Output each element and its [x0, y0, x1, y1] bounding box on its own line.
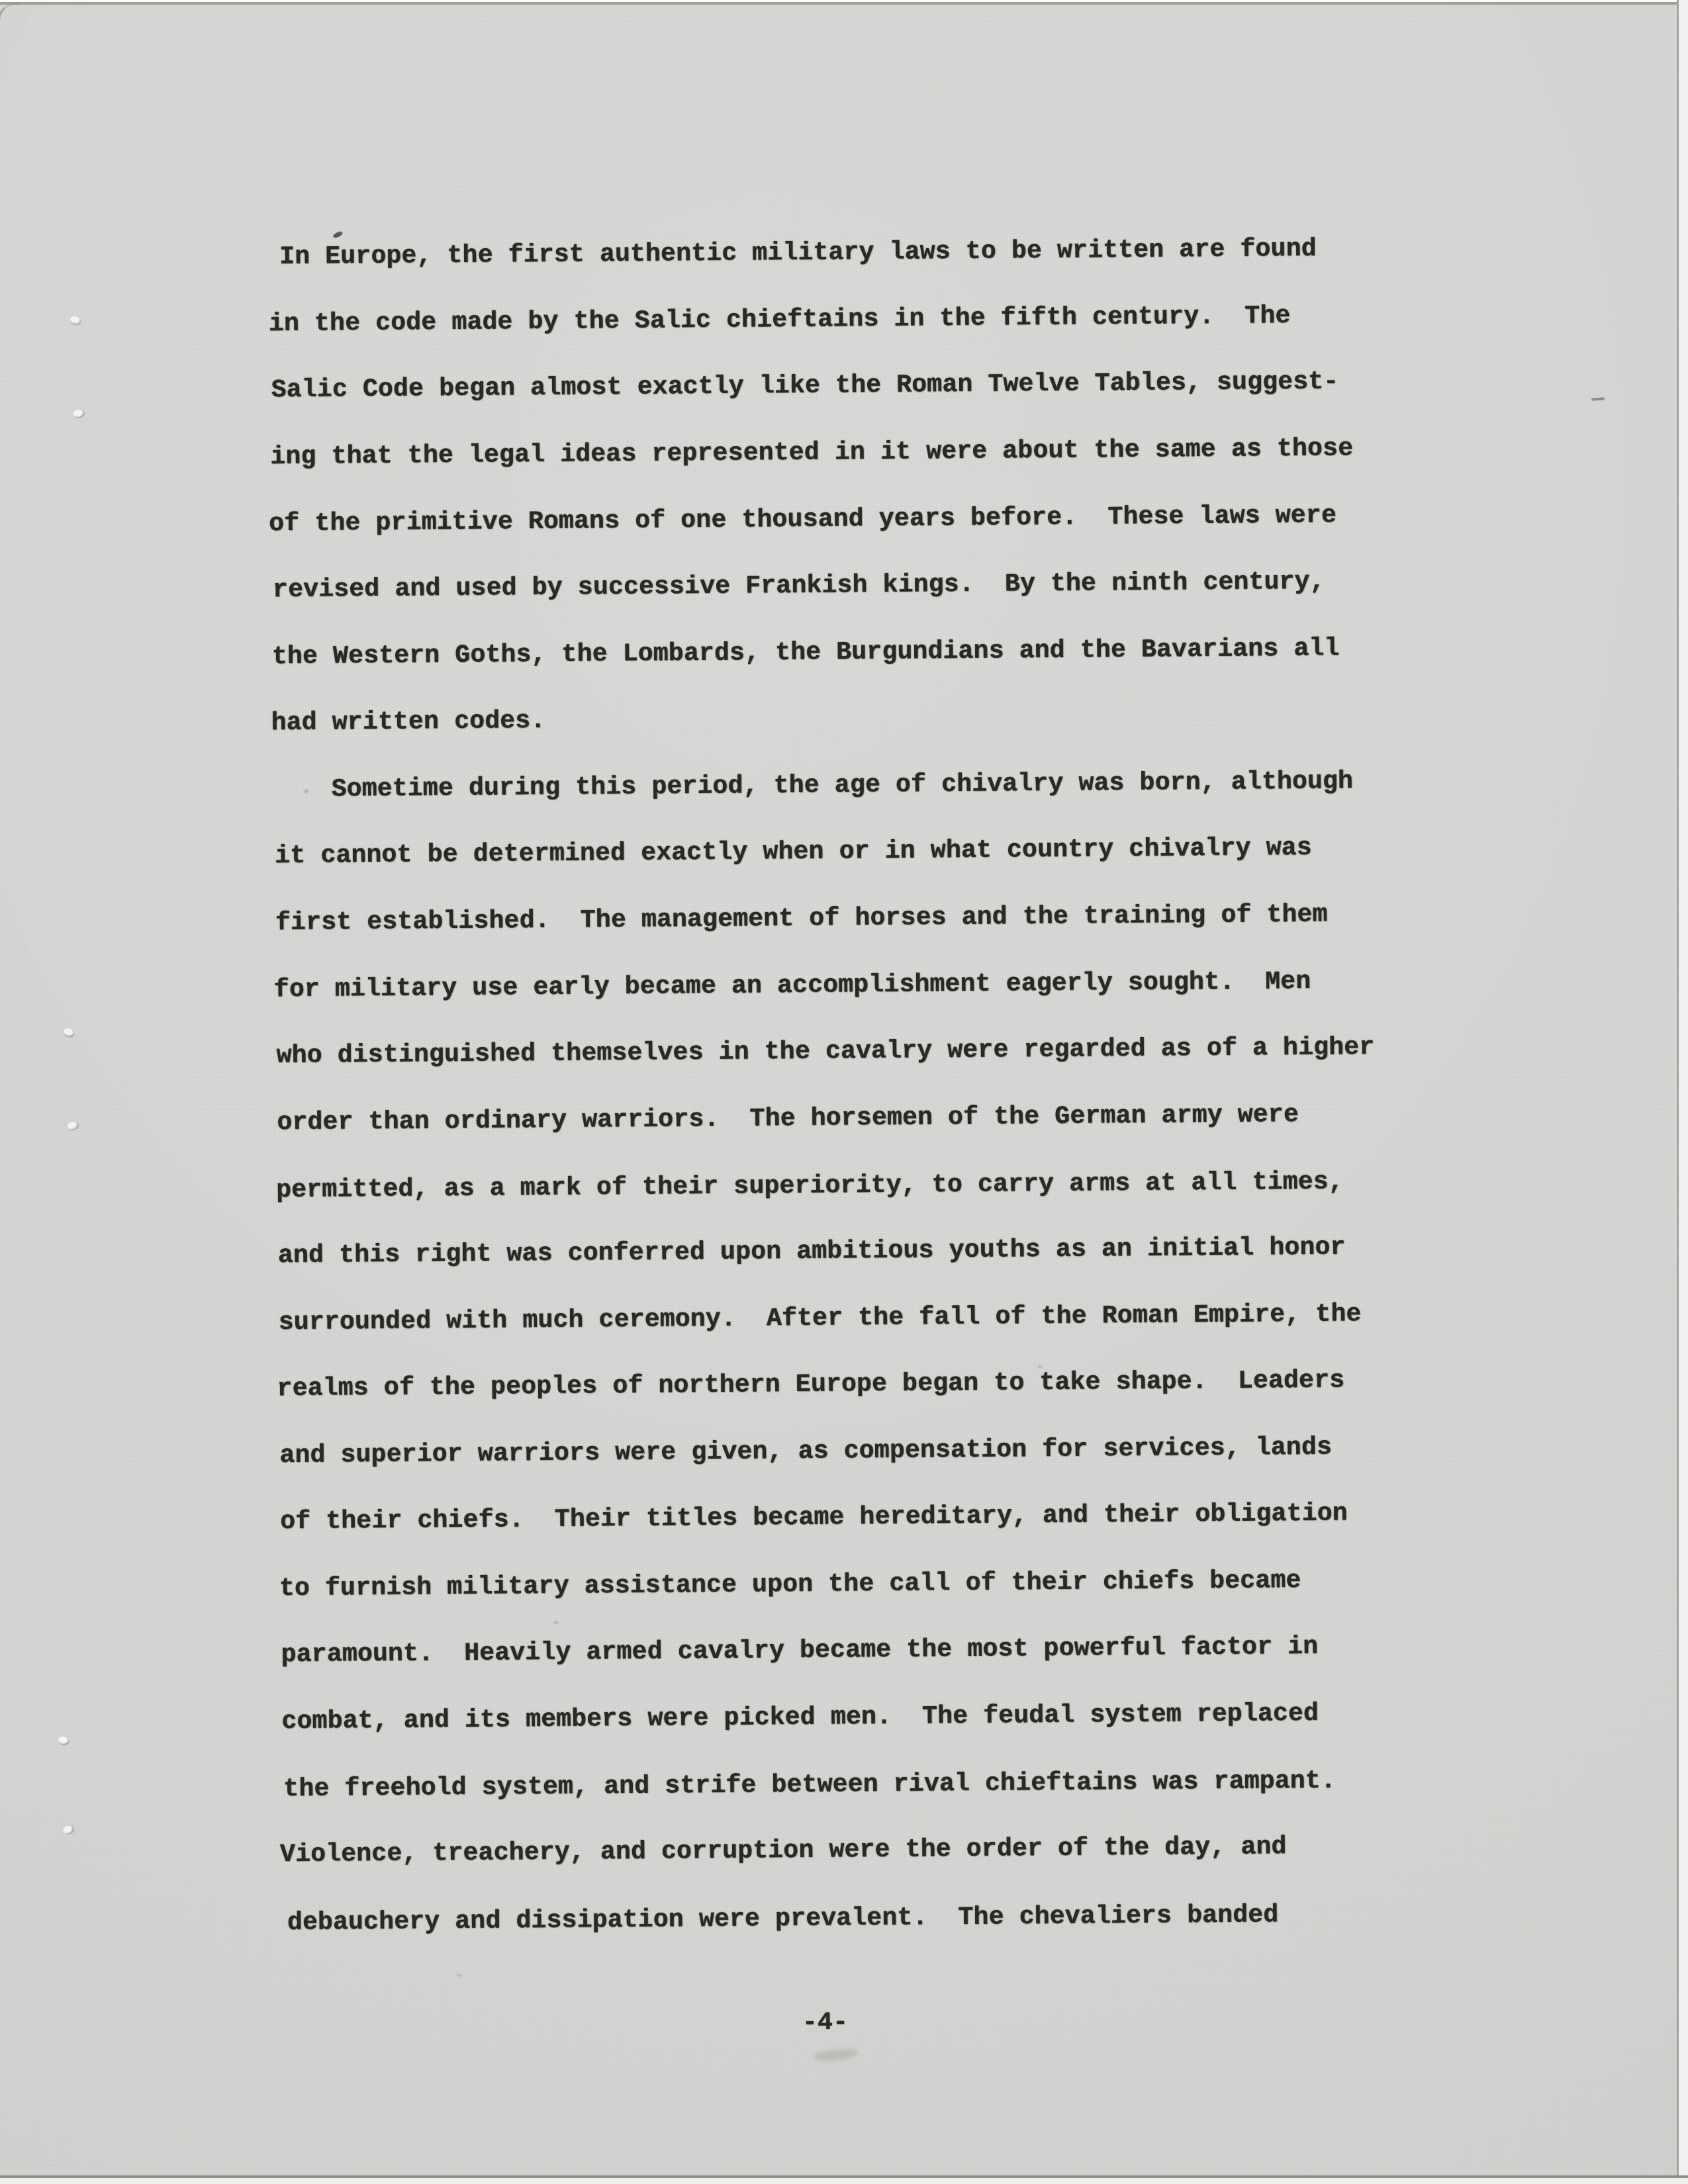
- paper-speck: [554, 1621, 558, 1624]
- typed-line: had written codes.: [271, 681, 1399, 756]
- typed-line: and superior warriors were given, as com…: [279, 1413, 1405, 1488]
- typed-line: debauchery and dissipation were prevalen…: [287, 1881, 1409, 1956]
- typed-line: paramount. Heavily armed cavalry became …: [281, 1613, 1407, 1688]
- typed-line: to furnish military assistance upon the …: [279, 1547, 1406, 1622]
- typed-line: first established. The management of hor…: [275, 881, 1401, 956]
- typed-line: who distinguished themselves in the cava…: [276, 1014, 1402, 1089]
- paper-speck: [457, 1974, 462, 1977]
- typed-line: ing that the legal ideas represented in …: [270, 415, 1397, 490]
- typed-line: surrounded with much ceremony. After the…: [278, 1280, 1404, 1355]
- paper-bottom-edge: [0, 2175, 1688, 2184]
- typed-line: realms of the peoples of northern Europe…: [277, 1347, 1405, 1422]
- typed-line: permitted, as a mark of their superiorit…: [276, 1148, 1403, 1224]
- typed-line: In Europe, the first authentic military …: [279, 215, 1396, 291]
- typed-line: and this right was conferred upon ambiti…: [278, 1214, 1404, 1289]
- paper-top-edge: [0, 2, 1688, 5]
- typed-line: in the code made by the Salic chieftains…: [268, 281, 1396, 357]
- typed-text-block: In Europe, the first authentic military …: [270, 215, 1409, 1955]
- typed-line: Violence, treachery, and corruption were…: [280, 1813, 1409, 1888]
- typed-line: of their chiefs. Their titles became her…: [280, 1480, 1406, 1555]
- paper-sheet: In Europe, the first authentic military …: [0, 5, 1679, 2178]
- page-number: -4-: [802, 2007, 848, 2038]
- typed-line: for military use early became an accompl…: [273, 947, 1401, 1023]
- typed-line: combat, and its members were picked men.…: [281, 1680, 1407, 1755]
- typed-line: Sometime during this period, the age of …: [270, 748, 1400, 823]
- typed-line: it cannot be determined exactly when or …: [275, 814, 1401, 889]
- typed-line: order than ordinary warriors. The horsem…: [277, 1080, 1403, 1156]
- typed-line: the Western Goths, the Lombards, the Bur…: [271, 614, 1399, 690]
- paper-corner-curve: [0, 3, 19, 35]
- typed-line: Salic Code began almost exactly like the…: [271, 348, 1397, 424]
- typed-line: revised and used by successive Frankish …: [273, 548, 1399, 623]
- typed-line: of the primitive Romans of one thousand …: [269, 482, 1398, 557]
- paper-speck: [304, 790, 308, 793]
- paper-right-edge: [1677, 0, 1688, 2184]
- typed-line: the freehold system, and strife between …: [283, 1747, 1408, 1822]
- paper-speck: [1038, 1365, 1042, 1368]
